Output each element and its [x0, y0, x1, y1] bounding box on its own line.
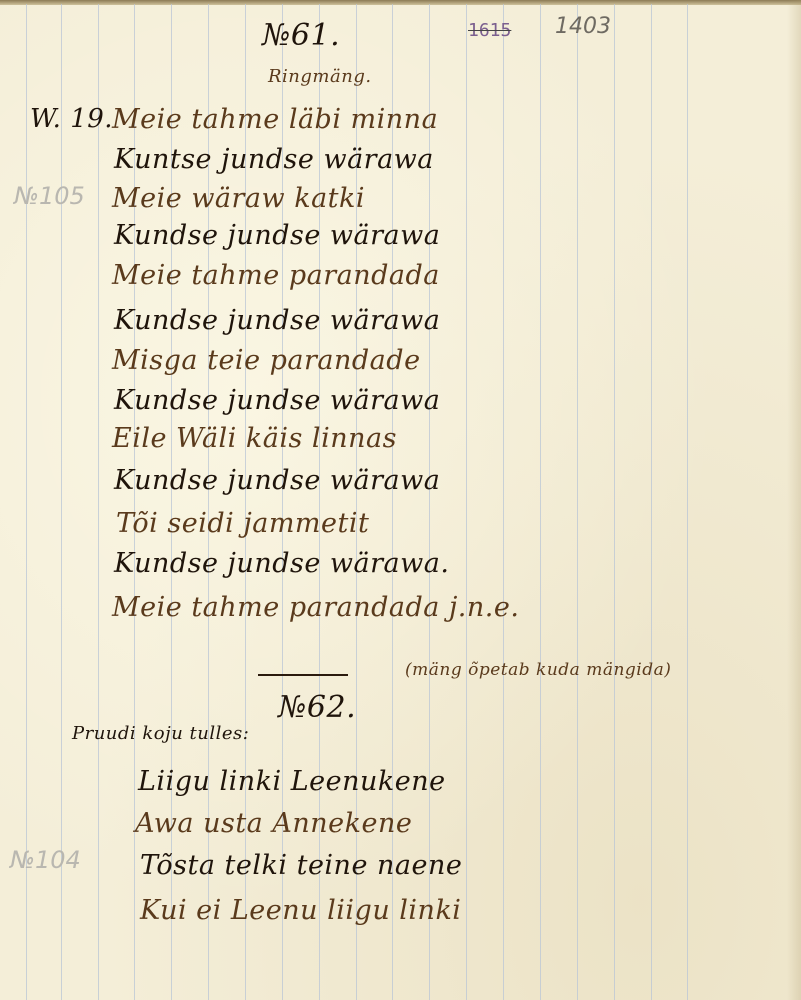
verse-line: Kundse jundse wärawa [114, 220, 440, 251]
section-divider [258, 674, 348, 676]
song-heading: Ringmäng. [268, 66, 372, 87]
verse-line: Kundse jundse wärawa [114, 305, 440, 336]
struck-archive-number: 1615 [468, 20, 511, 41]
rule-line [540, 4, 541, 1000]
verse-line: Kuntse jundse wärawa [114, 144, 434, 175]
archive-number: 1403 [555, 14, 611, 39]
verse-line: Kui ei Leenu liigu linki [140, 895, 461, 926]
rule-line [577, 4, 578, 1000]
pencil-margin-note: №104 [10, 846, 81, 874]
page-right-edge [787, 0, 801, 1000]
pencil-margin-note: №105 [14, 182, 85, 210]
margin-note-w19: W. 19. [30, 104, 113, 134]
verse-line: Kundse jundse wärawa [114, 385, 440, 416]
page-top-edge [0, 0, 801, 5]
verse-line: Tõi seidi jammetit [116, 508, 369, 539]
rule-line [651, 4, 652, 1000]
verse-line: Meie wäraw katki [112, 183, 365, 214]
verse-line: Kundse jundse wärawa. [114, 548, 449, 579]
verse-line: Kundse jundse wärawa [114, 465, 440, 496]
song-heading: Pruudi koju tulles: [72, 723, 249, 744]
rule-line [466, 4, 467, 1000]
song-note: (mäng õpetab kuda mängida) [405, 660, 671, 680]
rule-line [98, 4, 99, 1000]
verse-line: Misga teie parandade [112, 345, 421, 376]
rule-line [687, 4, 688, 1000]
song-number: №62. [278, 690, 356, 725]
verse-line: Meie tahme parandada [112, 260, 440, 291]
manuscript-page: 1615 1403 W. 19. №105 №104 №61. Ringmäng… [0, 0, 801, 1000]
verse-line: Awa usta Annekene [135, 808, 412, 839]
rule-line [503, 4, 504, 1000]
rule-line [614, 4, 615, 1000]
verse-line: Tõsta telki teine naene [140, 850, 462, 881]
verse-line: Eile Wäli käis linnas [112, 423, 397, 454]
verse-line: Liigu linki Leenukene [138, 766, 446, 797]
song-number: №61. [262, 18, 340, 53]
verse-line: Meie tahme läbi minna [112, 104, 438, 135]
verse-line: Meie tahme parandada j.n.e. [112, 592, 519, 623]
